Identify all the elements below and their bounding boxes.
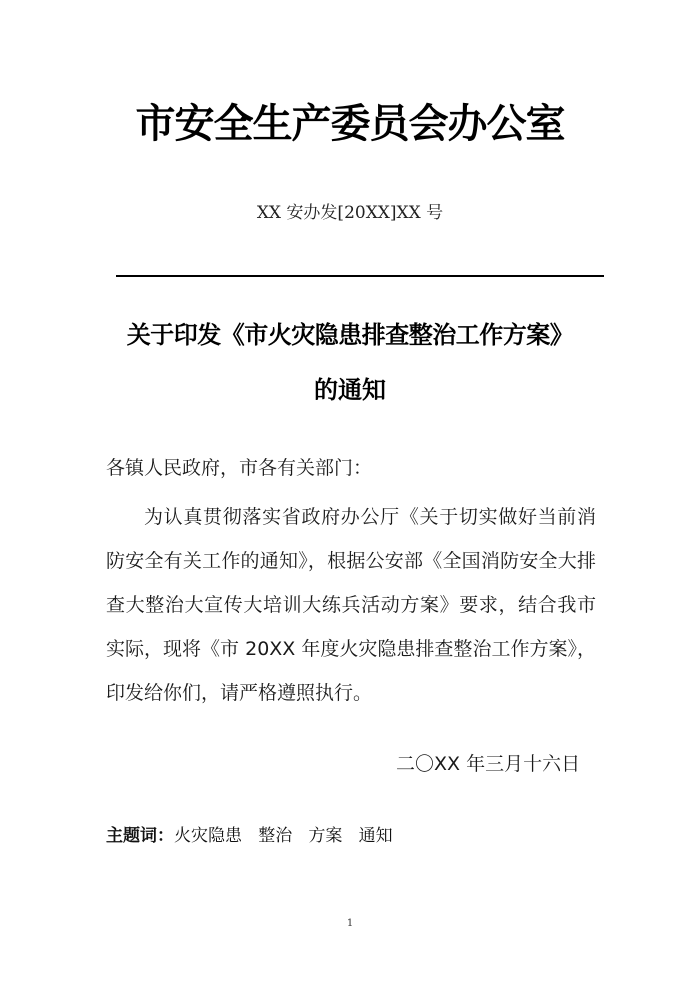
salutation: 各镇人民政府，市各有关部门：: [106, 454, 596, 482]
subject-title-line-1: 关于印发《市火灾隐患排查整治工作方案》: [0, 319, 700, 351]
page-number: 1: [0, 917, 700, 931]
document-number: XX 安办发[20XX]XX 号: [0, 201, 700, 225]
issuing-office-title: 市安全生产委员会办公室: [0, 96, 700, 152]
issue-date: 二〇XX 年三月十六日: [396, 750, 580, 778]
body-paragraph: 为认真贯彻落实省政府办公厅《关于切实做好当前消防安全有关工作的通知》，根据公安部…: [106, 495, 596, 715]
keywords-list: 火灾隐患 整治 方案 通知: [174, 826, 393, 846]
subject-keywords: 主题词：火灾隐患 整治 方案 通知: [106, 822, 393, 850]
header-divider: [116, 275, 604, 277]
subject-title-line-2: 的通知: [0, 374, 700, 406]
keywords-label: 主题词：: [106, 826, 174, 846]
